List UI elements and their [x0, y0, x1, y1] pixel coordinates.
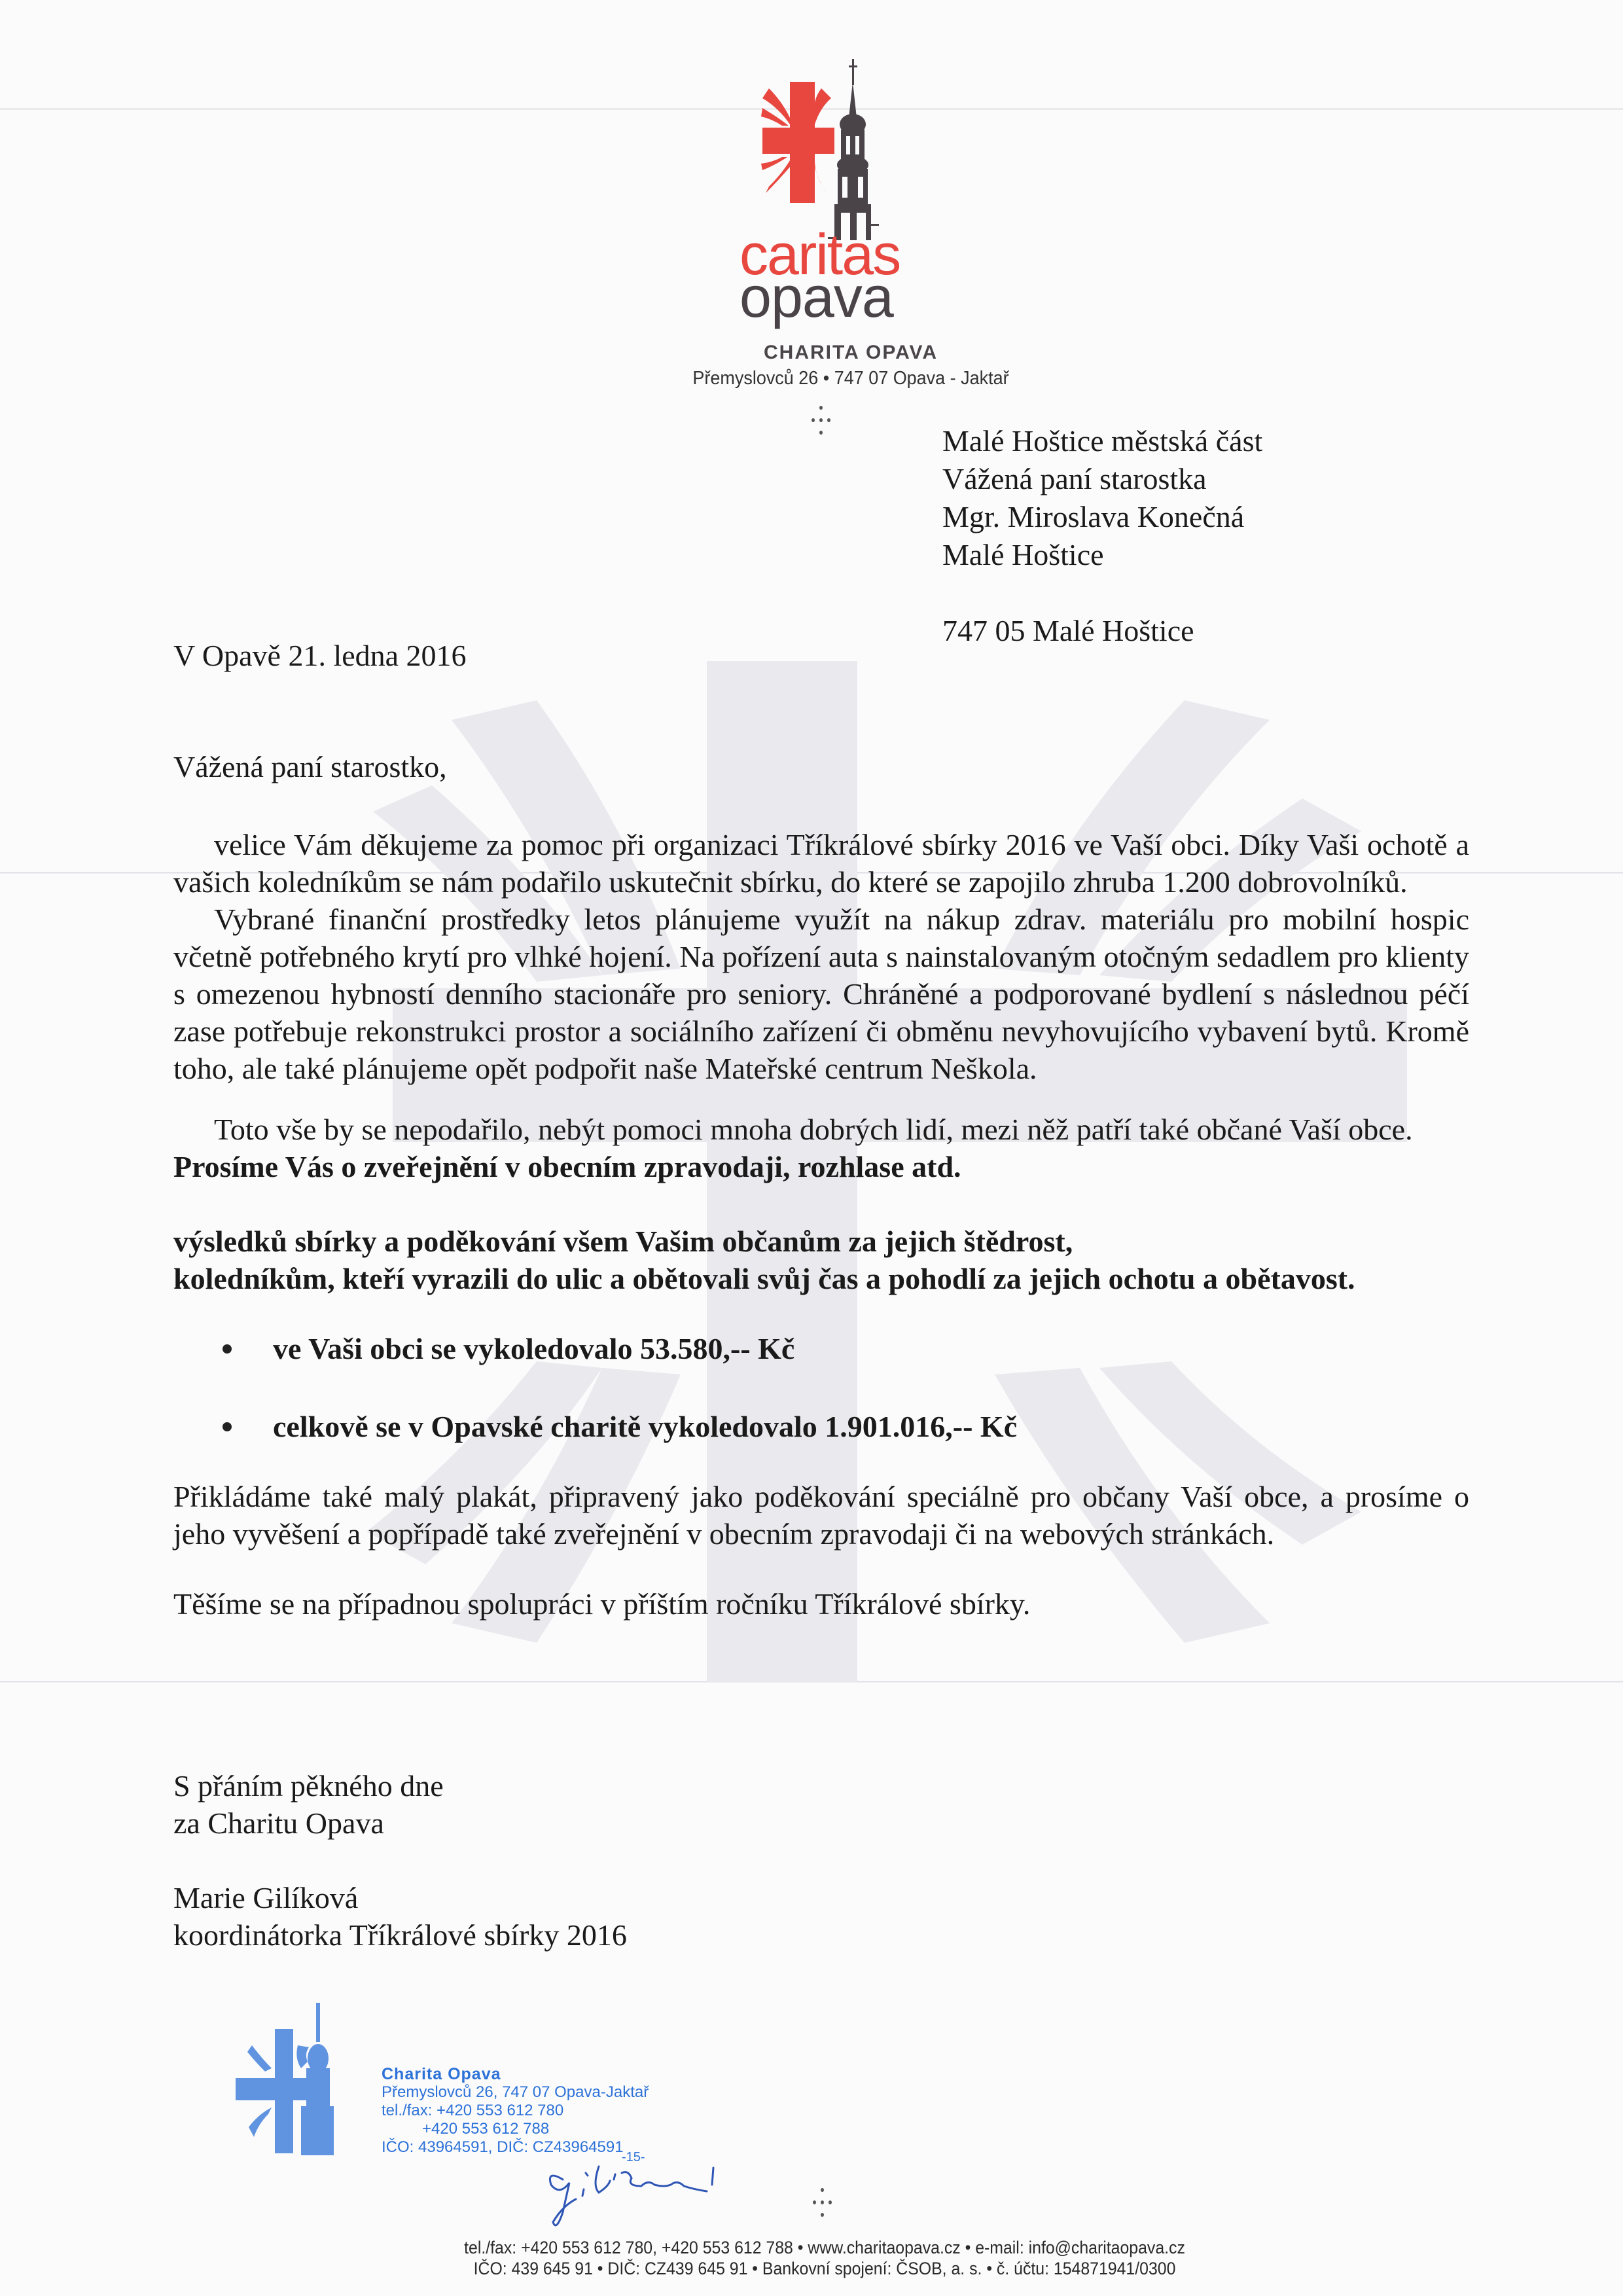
recipient-line: Vážená paní starostka — [942, 460, 1262, 498]
publication-request-detail: výsledků sbírky a poděkování všem Vašim … — [173, 1223, 1469, 1260]
decorative-dots-icon — [813, 2188, 832, 2219]
stamp-phone: tel./fax: +420 553 612 780 — [382, 2102, 649, 2120]
signer-title: koordinátorka Tříkrálové sbírky 2016 — [173, 1916, 627, 1954]
caritas-logo-icon — [743, 52, 913, 249]
paragraph-thanks: velice Vám děkujeme za pomoc při organiz… — [173, 826, 1469, 901]
recipient-line: Malé Hoštice městská část — [942, 422, 1262, 460]
recipient-line: Malé Hoštice — [942, 536, 1262, 574]
organization-name: CHARITA OPAVA — [654, 342, 1047, 364]
letter-footer: tel./fax: +420 553 612 780, +420 553 612… — [366, 2237, 1283, 2279]
result-text: celkově se v Opavské charitě vykoledoval… — [273, 1408, 1017, 1445]
closing-org: za Charitu Opava — [173, 1804, 627, 1842]
stamp-text: Charita Opava Přemyslovců 26, 747 07 Opa… — [382, 2065, 649, 2157]
result-item: celkově se v Opavské charitě vykoledoval… — [173, 1408, 1469, 1445]
footer-company-ids: IČO: 439 645 91 • DIČ: CZ439 645 91 • Ba… — [403, 2258, 1246, 2279]
stamp-phone: +420 553 612 788 — [382, 2120, 649, 2138]
stamp-address: Přemyslovců 26, 747 07 Opava-Jaktař — [382, 2083, 649, 2102]
organization-address: Přemyslovců 26 • 747 07 Opava - Jaktař — [607, 368, 1094, 389]
stamp-logo-icon — [236, 1996, 380, 2166]
closing-greeting: S přáním pěkného dne — [173, 1767, 627, 1804]
result-text: ve Vaši obci se vykoledovalo 53.580,-- K… — [273, 1330, 794, 1367]
publication-request: Prosíme Vás o zveřejnění v obecním zprav… — [173, 1148, 1469, 1185]
recipient-address: Malé Hoštice městská část Vážená paní st… — [942, 422, 1262, 650]
stamp-org-name: Charita Opava — [382, 2065, 649, 2083]
stamp-ids: IČO: 43964591, DIČ: CZ43964591 — [382, 2138, 649, 2157]
salutation: Vážená paní starostko, — [173, 749, 447, 784]
footer-contact: tel./fax: +420 553 612 780, +420 553 612… — [403, 2237, 1246, 2258]
signer-name: Marie Gilíková — [173, 1879, 627, 1916]
closing-block: S přáním pěkného dne za Charitu Opava Ma… — [173, 1767, 627, 1954]
letter-date: V Opavě 21. ledna 2016 — [173, 638, 467, 673]
paragraph-future-cooperation: Těšíme se na případnou spolupráci v příš… — [173, 1585, 1469, 1623]
letter-body: velice Vám děkujeme za pomoc při organiz… — [173, 826, 1469, 1623]
decorative-dots-icon — [811, 406, 831, 437]
bullet-icon — [223, 1422, 232, 1431]
publication-request-detail: koledníkům, kteří vyrazili do ulic a obě… — [173, 1260, 1469, 1297]
logo-wordmark-opava: opava — [740, 268, 870, 326]
paragraph-poster: Přikládáme také malý plakát, připravený … — [173, 1478, 1469, 1552]
recipient-line: Mgr. Miroslava Konečná — [942, 498, 1262, 536]
paragraph-gratitude: Toto vše by se nepodařilo, nebýt pomoci … — [173, 1111, 1469, 1148]
result-item: ve Vaši obci se vykoledovalo 53.580,-- K… — [173, 1330, 1469, 1367]
bullet-icon — [223, 1344, 232, 1354]
handwritten-signature-icon — [537, 2160, 746, 2238]
paragraph-funds-usage: Vybrané finanční prostředky letos plánuj… — [173, 901, 1469, 1087]
recipient-zip-city: 747 05 Malé Hoštice — [942, 612, 1262, 650]
results-list: ve Vaši obci se vykoledovalo 53.580,-- K… — [173, 1330, 1469, 1445]
